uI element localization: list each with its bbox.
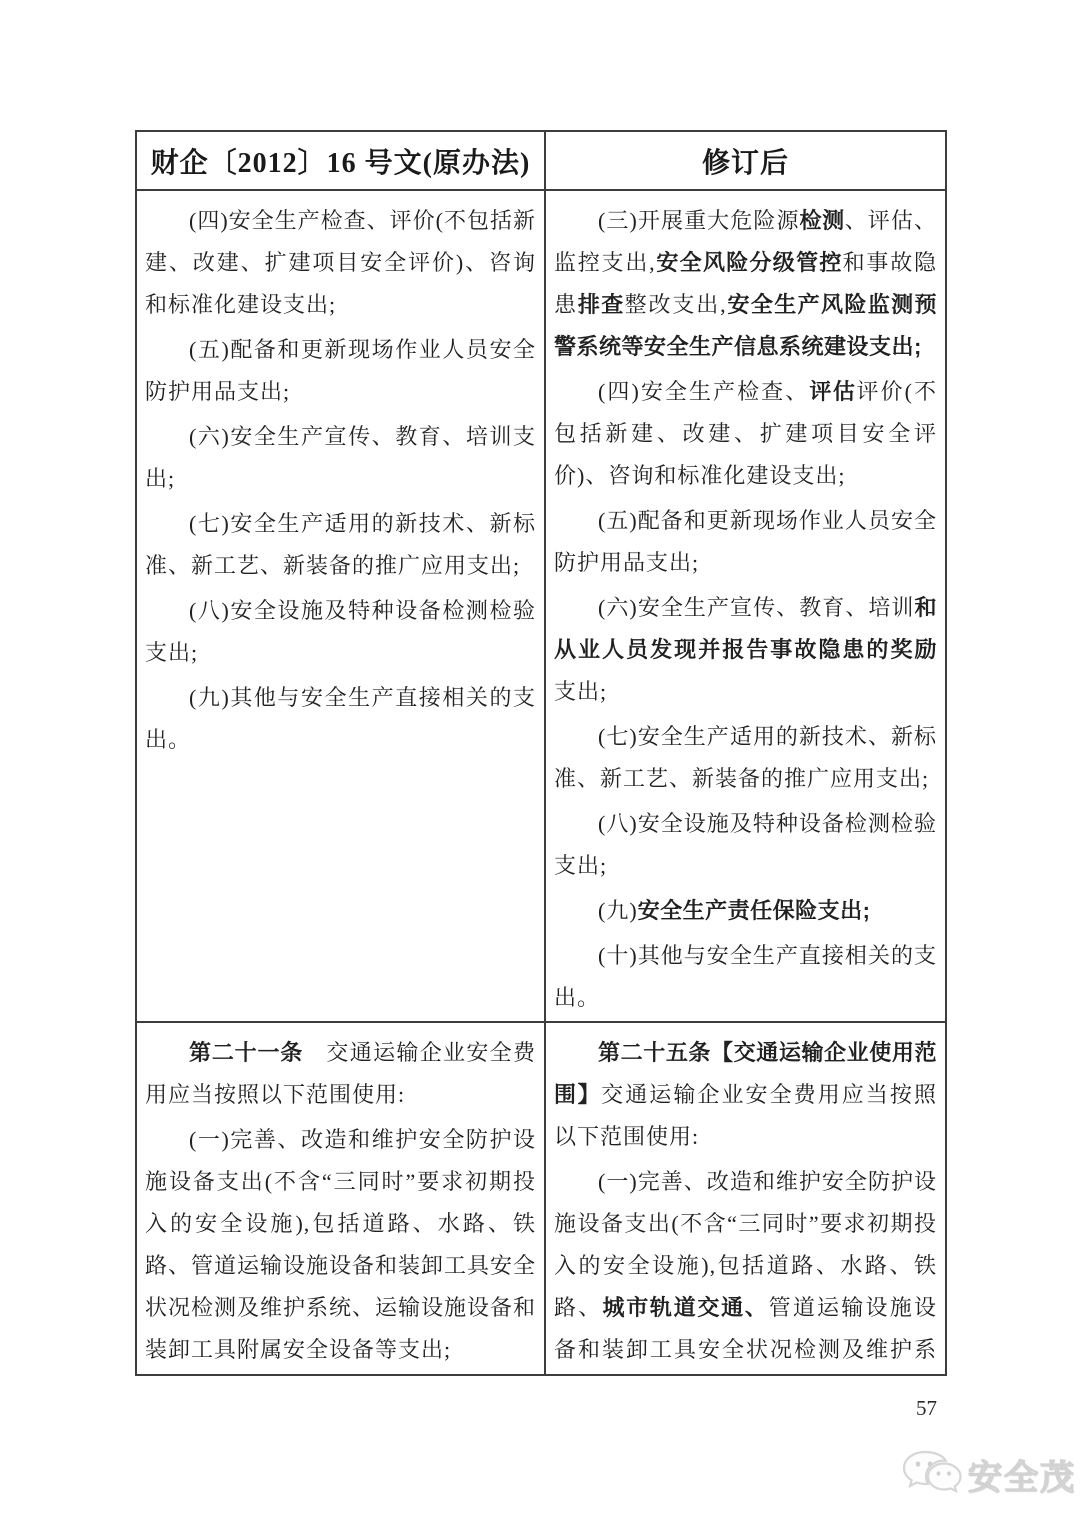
- paragraph: (九)其他与安全生产直接相关的支出。: [145, 677, 536, 761]
- cell-revised-article-25: 第二十五条【交通运输企业使用范围】交通运输企业安全费用应当按照以下范围使用:(一…: [546, 1023, 945, 1374]
- paragraph: (九)安全生产责任保险支出;: [554, 890, 937, 932]
- paragraph: (六)安全生产宣传、教育、培训支出;: [145, 416, 536, 500]
- table-header-row: 财企〔2012〕16 号文(原办法) 修订后: [137, 132, 945, 191]
- paragraph: (七)安全生产适用的新技术、新标准、新工艺、新装备的推广应用支出;: [145, 503, 536, 587]
- watermark-brand: 安全茂: [968, 1450, 1076, 1499]
- column-header-revised: 修订后: [546, 132, 945, 189]
- paragraph: (七)安全生产适用的新技术、新标准、新工艺、新装备的推广应用支出;: [554, 716, 937, 800]
- cell-original-clauses: (四)安全生产检查、评价(不包括新建、改建、扩建项目安全评价)、咨询和标准化建设…: [137, 191, 546, 1021]
- paragraph: (一)完善、改造和维护安全防护设施设备支出(不含“三同时”要求初期投入的安全设施…: [554, 1161, 937, 1374]
- cell-revised-clauses: (三)开展重大危险源检测、评估、监控支出,安全风险分级管控和事故隐患排查整改支出…: [546, 191, 945, 1021]
- paragraph: (五)配备和更新现场作业人员安全防护用品支出;: [145, 329, 536, 413]
- column-header-original: 财企〔2012〕16 号文(原办法): [137, 132, 546, 189]
- paragraph: (一)完善、改造和维护安全防护设施设备支出(不含“三同时”要求初期投入的安全设施…: [145, 1119, 536, 1371]
- paragraph: (六)安全生产宣传、教育、培训和从业人员发现并报告事故隐患的奖励支出;: [554, 587, 937, 713]
- paragraph: (五)配备和更新现场作业人员安全防护用品支出;: [554, 500, 937, 584]
- paragraph: (八)安全设施及特种设备检测检验支出;: [145, 590, 536, 674]
- table-row: (四)安全生产检查、评价(不包括新建、改建、扩建项目安全评价)、咨询和标准化建设…: [137, 191, 945, 1023]
- watermark: 安全茂: [900, 1448, 1076, 1500]
- paragraph: (三)开展重大危险源检测、评估、监控支出,安全风险分级管控和事故隐患排查整改支出…: [554, 200, 937, 368]
- cell-original-article-21: 第二十一条 交通运输企业安全费用应当按照以下范围使用:(一)完善、改造和维护安全…: [137, 1023, 546, 1374]
- paragraph: (四)安全生产检查、评价(不包括新建、改建、扩建项目安全评价)、咨询和标准化建设…: [145, 200, 536, 326]
- paragraph: (八)安全设施及特种设备检测检验支出;: [554, 803, 937, 887]
- paragraph: 第二十一条 交通运输企业安全费用应当按照以下范围使用:: [145, 1032, 536, 1116]
- table-row: 第二十一条 交通运输企业安全费用应当按照以下范围使用:(一)完善、改造和维护安全…: [137, 1023, 945, 1374]
- wechat-bubbles-icon: [900, 1448, 962, 1500]
- comparison-table: 财企〔2012〕16 号文(原办法) 修订后 (四)安全生产检查、评价(不包括新…: [135, 130, 947, 1376]
- paragraph: 第二十五条【交通运输企业使用范围】交通运输企业安全费用应当按照以下范围使用:: [554, 1032, 937, 1158]
- page-number: 57: [916, 1396, 937, 1421]
- paragraph: (十)其他与安全生产直接相关的支出。: [554, 935, 937, 1019]
- paragraph: (四)安全生产检查、评估评价(不包括新建、改建、扩建项目安全评价)、咨询和标准化…: [554, 371, 937, 497]
